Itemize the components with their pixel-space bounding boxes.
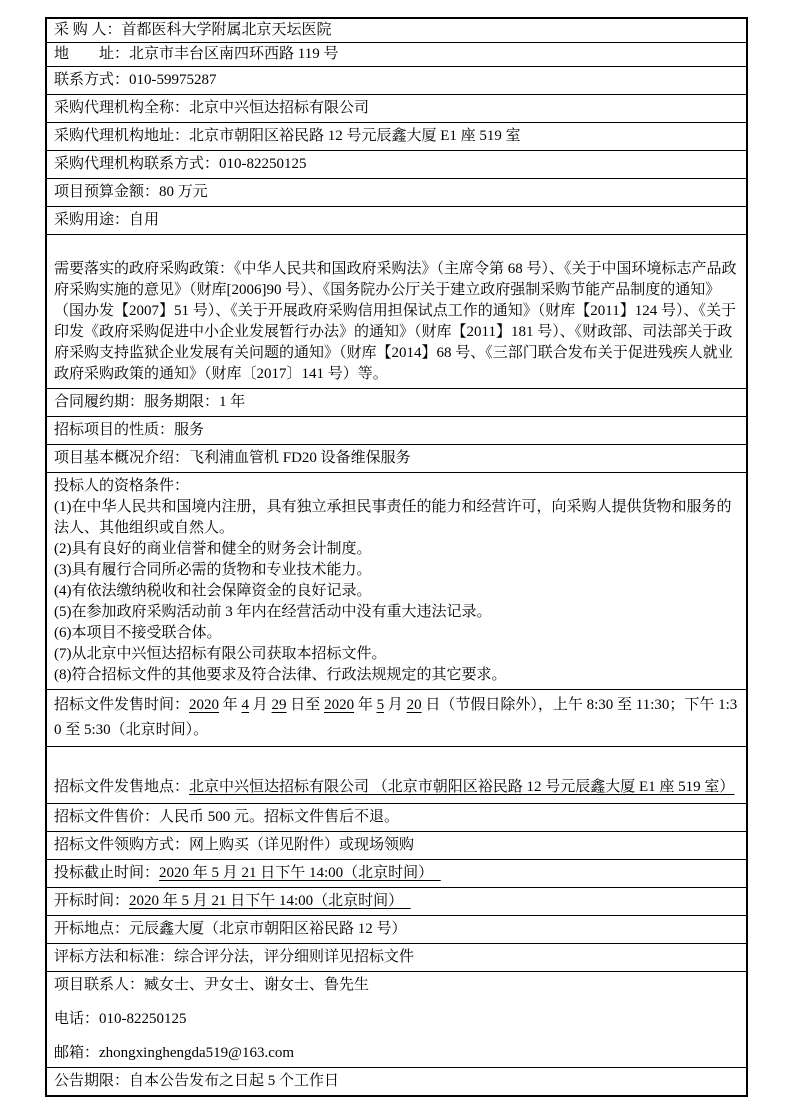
address-text: 地 址：北京市丰台区南四环西路 119 号 — [54, 46, 338, 62]
cell-agency-contact: 采购代理机构联系方式：010-82250125 — [46, 151, 747, 179]
address-line: 地 址：北京市丰台区南四环西路 119 号 — [54, 44, 739, 65]
cell-bid-opening-place: 开标地点：元辰鑫大厦（北京市朝阳区裕民路 12 号） — [46, 916, 747, 944]
doc-sale-time-text: 年 — [354, 697, 377, 713]
qualifications-text: (7)从北京中兴恒达招标有限公司获取本招标文件。 — [54, 646, 387, 662]
cell-address: 地 址：北京市丰台区南四环西路 119 号 — [46, 43, 747, 67]
evaluation-method-text: 评标方法和标准：综合评分法，评分细则详见招标文件 — [54, 949, 414, 965]
bid-opening-time-line: 开标时间：2020 年 5 月 21 日下午 14:00（北京时间） — [54, 891, 739, 912]
table-row-project-nature: 招标项目的性质：服务 — [46, 417, 747, 445]
document-page: 采 购 人：首都医科大学附属北京天坛医院地 址：北京市丰台区南四环西路 119 … — [0, 0, 793, 1114]
qualifications-line: (1)在中华人民共和国境内注册，具有独立承担民事责任的能力和经营许可，向采购人提… — [54, 497, 739, 539]
project-overview-line: 项目基本概况介绍：飞利浦血管机 FD20 设备维保服务 — [54, 448, 739, 469]
cell-bid-deadline: 投标截止时间：2020 年 5 月 21 日下午 14:00（北京时间） — [46, 860, 747, 888]
table-row-budget: 项目预算金额：80 万元 — [46, 179, 747, 207]
doc-sale-time-underlined-text: 5 — [377, 697, 385, 713]
qualifications-text: (8)符合招标文件的其他要求及符合法律、行政法规规定的其它要求。 — [54, 667, 507, 683]
table-row-doc-sale-place: 招标文件发售地点：北京中兴恒达招标有限公司 （北京市朝阳区裕民路 12 号元辰鑫… — [46, 747, 747, 804]
contacts-text: 邮箱：zhongxinghengda519@163.com — [54, 1045, 294, 1061]
qualifications-line: (4)有依法缴纳税收和社会保障资金的良好记录。 — [54, 581, 739, 602]
agency-address-text: 采购代理机构地址：北京市朝阳区裕民路 12 号元辰鑫大厦 E1 座 519 室 — [54, 128, 521, 144]
table-row-contract-period: 合同履约期：服务期限：1 年 — [46, 389, 747, 417]
qualifications-line: (6)本项目不接受联合体。 — [54, 623, 739, 644]
purchaser-contact-text: 联系方式：010-59975287 — [54, 72, 217, 88]
qualifications-text: (1)在中华人民共和国境内注册，具有独立承担民事责任的能力和经营许可，向采购人提… — [54, 499, 732, 536]
project-nature-line: 招标项目的性质：服务 — [54, 420, 739, 441]
cell-purchaser-contact: 联系方式：010-59975287 — [46, 67, 747, 95]
table-row-project-overview: 项目基本概况介绍：飞利浦血管机 FD20 设备维保服务 — [46, 445, 747, 473]
contacts-text: 项目联系人：臧女士、尹女士、谢女士、鲁先生 — [54, 977, 369, 993]
cell-contacts: 项目联系人：臧女士、尹女士、谢女士、鲁先生电话：010-82250125邮箱：z… — [46, 972, 747, 1068]
doc-price-text: 招标文件售价：人民币 500 元。招标文件售后不退。 — [54, 809, 399, 825]
cell-announcement-period: 公告期限：自本公告发布之日起 5 个工作日 — [46, 1068, 747, 1097]
announcement-period-text: 公告期限：自本公告发布之日起 5 个工作日 — [54, 1073, 339, 1089]
doc-sale-time-underlined-text: 4 — [242, 697, 250, 713]
contacts-text: 电话：010-82250125 — [54, 1011, 187, 1027]
cell-doc-sale-place: 招标文件发售地点：北京中兴恒达招标有限公司 （北京市朝阳区裕民路 12 号元辰鑫… — [46, 747, 747, 804]
project-overview-text: 项目基本概况介绍：飞利浦血管机 FD20 设备维保服务 — [54, 450, 411, 466]
table-row-qualifications: 投标人的资格条件：(1)在中华人民共和国境内注册，具有独立承担民事责任的能力和经… — [46, 473, 747, 690]
doc-sale-place-underlined-text: 北京中兴恒达招标有限公司 （北京市朝阳区裕民路 12 号元辰鑫大厦 E1 座 5… — [189, 779, 734, 795]
agency-name-text: 采购代理机构全称：北京中兴恒达招标有限公司 — [54, 100, 369, 116]
agency-contact-text: 采购代理机构联系方式：010-82250125 — [54, 156, 307, 172]
cell-agency-name: 采购代理机构全称：北京中兴恒达招标有限公司 — [46, 95, 747, 123]
table-row-contacts: 项目联系人：臧女士、尹女士、谢女士、鲁先生电话：010-82250125邮箱：z… — [46, 972, 747, 1068]
cell-agency-address: 采购代理机构地址：北京市朝阳区裕民路 12 号元辰鑫大厦 E1 座 519 室 — [46, 123, 747, 151]
contacts-line: 邮箱：zhongxinghengda519@163.com — [54, 1043, 739, 1064]
bid-opening-place-line: 开标地点：元辰鑫大厦（北京市朝阳区裕民路 12 号） — [54, 919, 739, 940]
table-row-doc-sale-time: 招标文件发售时间：2020 年 4 月 29 日至 2020 年 5 月 20 … — [46, 690, 747, 747]
cell-project-nature: 招标项目的性质：服务 — [46, 417, 747, 445]
table-row-purchaser: 采 购 人：首都医科大学附属北京天坛医院 — [46, 18, 747, 43]
table-row-address: 地 址：北京市丰台区南四环西路 119 号 — [46, 43, 747, 67]
cell-qualifications: 投标人的资格条件：(1)在中华人民共和国境内注册，具有独立承担民事责任的能力和经… — [46, 473, 747, 690]
bid-deadline-text: 投标截止时间： — [54, 865, 159, 881]
bid-opening-place-text: 开标地点：元辰鑫大厦（北京市朝阳区裕民路 12 号） — [54, 921, 407, 937]
doc-purchase-method-text: 招标文件领购方式：网上购买（详见附件）或现场领购 — [54, 837, 414, 853]
bid-opening-time-text: 开标时间： — [54, 893, 129, 909]
cell-doc-purchase-method: 招标文件领购方式：网上购买（详见附件）或现场领购 — [46, 832, 747, 860]
qualifications-text: (6)本项目不接受联合体。 — [54, 625, 222, 641]
cell-doc-price: 招标文件售价：人民币 500 元。招标文件售后不退。 — [46, 804, 747, 832]
cell-budget: 项目预算金额：80 万元 — [46, 179, 747, 207]
cell-project-overview: 项目基本概况介绍：飞利浦血管机 FD20 设备维保服务 — [46, 445, 747, 473]
purchase-use-line: 采购用途：自用 — [54, 210, 739, 231]
cell-doc-sale-time: 招标文件发售时间：2020 年 4 月 29 日至 2020 年 5 月 20 … — [46, 690, 747, 747]
agency-contact-line: 采购代理机构联系方式：010-82250125 — [54, 154, 739, 175]
policies-blank-line — [54, 238, 739, 259]
qualifications-line: (5)在参加政府采购活动前 3 年内在经营活动中没有重大违法记录。 — [54, 602, 739, 623]
table-row-policies: 需要落实的政府采购政策：《中华人民共和国政府采购法》（主席令第 68 号）、《关… — [46, 235, 747, 389]
doc-sale-time-text: 月 — [249, 697, 272, 713]
cell-bid-opening-time: 开标时间：2020 年 5 月 21 日下午 14:00（北京时间） — [46, 888, 747, 916]
doc-sale-time-underlined-text: 29 — [272, 697, 287, 713]
announcement-table-body: 采 购 人：首都医科大学附属北京天坛医院地 址：北京市丰台区南四环西路 119 … — [46, 18, 747, 1096]
table-row-agency-contact: 采购代理机构联系方式：010-82250125 — [46, 151, 747, 179]
doc-sale-time-text: 月 — [384, 697, 407, 713]
policies-line: 需要落实的政府采购政策：《中华人民共和国政府采购法》（主席令第 68 号）、《关… — [54, 259, 739, 385]
doc-sale-place-line: 招标文件发售地点：北京中兴恒达招标有限公司 （北京市朝阳区裕民路 12 号元辰鑫… — [54, 775, 739, 800]
doc-sale-place-text: 招标文件发售地点： — [54, 779, 189, 795]
doc-sale-time-underlined-text: 2020 — [189, 697, 219, 713]
purchase-use-text: 采购用途：自用 — [54, 212, 159, 228]
qualifications-line: (3)具有履行合同所必需的货物和专业技术能力。 — [54, 560, 739, 581]
cell-policies: 需要落实的政府采购政策：《中华人民共和国政府采购法》（主席令第 68 号）、《关… — [46, 235, 747, 389]
table-row-bid-opening-place: 开标地点：元辰鑫大厦（北京市朝阳区裕民路 12 号） — [46, 916, 747, 944]
doc-purchase-method-line: 招标文件领购方式：网上购买（详见附件）或现场领购 — [54, 835, 739, 856]
table-row-doc-price: 招标文件售价：人民币 500 元。招标文件售后不退。 — [46, 804, 747, 832]
qualifications-line: (8)符合招标文件的其他要求及符合法律、行政法规规定的其它要求。 — [54, 665, 739, 686]
agency-address-line: 采购代理机构地址：北京市朝阳区裕民路 12 号元辰鑫大厦 E1 座 519 室 — [54, 126, 739, 147]
budget-text: 项目预算金额：80 万元 — [54, 184, 208, 200]
doc-sale-time-underlined-text: 20 — [407, 697, 422, 713]
table-row-bid-deadline: 投标截止时间：2020 年 5 月 21 日下午 14:00（北京时间） — [46, 860, 747, 888]
bid-opening-time-underlined-text: 2020 年 5 月 21 日下午 14:00（北京时间） — [129, 893, 411, 909]
contacts-line: 电话：010-82250125 — [54, 1009, 739, 1030]
table-row-bid-opening-time: 开标时间：2020 年 5 月 21 日下午 14:00（北京时间） — [46, 888, 747, 916]
qualifications-text: (2)具有良好的商业信誉和健全的财务会计制度。 — [54, 541, 372, 557]
table-row-doc-purchase-method: 招标文件领购方式：网上购买（详见附件）或现场领购 — [46, 832, 747, 860]
bid-deadline-line: 投标截止时间：2020 年 5 月 21 日下午 14:00（北京时间） — [54, 863, 739, 884]
table-row-agency-name: 采购代理机构全称：北京中兴恒达招标有限公司 — [46, 95, 747, 123]
cell-purchase-use: 采购用途：自用 — [46, 207, 747, 235]
budget-line: 项目预算金额：80 万元 — [54, 182, 739, 203]
doc-sale-time-line: 招标文件发售时间：2020 年 4 月 29 日至 2020 年 5 月 20 … — [54, 693, 739, 743]
announcement-period-line: 公告期限：自本公告发布之日起 5 个工作日 — [54, 1071, 739, 1092]
qualifications-line: (7)从北京中兴恒达招标有限公司获取本招标文件。 — [54, 644, 739, 665]
table-row-evaluation-method: 评标方法和标准：综合评分法，评分细则详见招标文件 — [46, 944, 747, 972]
table-row-announcement-period: 公告期限：自本公告发布之日起 5 个工作日 — [46, 1068, 747, 1097]
announcement-table: 采 购 人：首都医科大学附属北京天坛医院地 址：北京市丰台区南四环西路 119 … — [45, 17, 748, 1097]
doc-sale-time-underlined-text: 2020 — [324, 697, 354, 713]
agency-name-line: 采购代理机构全称：北京中兴恒达招标有限公司 — [54, 98, 739, 119]
evaluation-method-line: 评标方法和标准：综合评分法，评分细则详见招标文件 — [54, 947, 739, 968]
project-nature-text: 招标项目的性质：服务 — [54, 422, 204, 438]
contract-period-line: 合同履约期：服务期限：1 年 — [54, 392, 739, 413]
cell-purchaser: 采 购 人：首都医科大学附属北京天坛医院 — [46, 18, 747, 43]
purchaser-line: 采 购 人：首都医科大学附属北京天坛医院 — [54, 20, 739, 41]
purchaser-text: 采 购 人：首都医科大学附属北京天坛医院 — [54, 22, 332, 38]
contract-period-text: 合同履约期：服务期限：1 年 — [54, 394, 245, 410]
cell-contract-period: 合同履约期：服务期限：1 年 — [46, 389, 747, 417]
doc-sale-time-text: 日至 — [287, 697, 325, 713]
table-row-purchase-use: 采购用途：自用 — [46, 207, 747, 235]
qualifications-line: (2)具有良好的商业信誉和健全的财务会计制度。 — [54, 539, 739, 560]
doc-sale-place-blank-line — [54, 750, 739, 775]
contacts-line: 项目联系人：臧女士、尹女士、谢女士、鲁先生 — [54, 975, 739, 996]
table-row-agency-address: 采购代理机构地址：北京市朝阳区裕民路 12 号元辰鑫大厦 E1 座 519 室 — [46, 123, 747, 151]
qualifications-text: (4)有依法缴纳税收和社会保障资金的良好记录。 — [54, 583, 372, 599]
doc-price-line: 招标文件售价：人民币 500 元。招标文件售后不退。 — [54, 807, 739, 828]
policies-text: 需要落实的政府采购政策：《中华人民共和国政府采购法》（主席令第 68 号）、《关… — [54, 261, 737, 382]
table-row-purchaser-contact: 联系方式：010-59975287 — [46, 67, 747, 95]
qualifications-text: 投标人的资格条件： — [54, 478, 189, 494]
qualifications-text: (3)具有履行合同所必需的货物和专业技术能力。 — [54, 562, 372, 578]
doc-sale-time-text: 年 — [219, 697, 242, 713]
doc-sale-time-text: 招标文件发售时间： — [54, 697, 189, 713]
bid-deadline-underlined-text: 2020 年 5 月 21 日下午 14:00（北京时间） — [159, 865, 441, 881]
qualifications-line: 投标人的资格条件： — [54, 476, 739, 497]
qualifications-text: (5)在参加政府采购活动前 3 年内在经营活动中没有重大违法记录。 — [54, 604, 492, 620]
cell-evaluation-method: 评标方法和标准：综合评分法，评分细则详见招标文件 — [46, 944, 747, 972]
purchaser-contact-line: 联系方式：010-59975287 — [54, 70, 739, 91]
